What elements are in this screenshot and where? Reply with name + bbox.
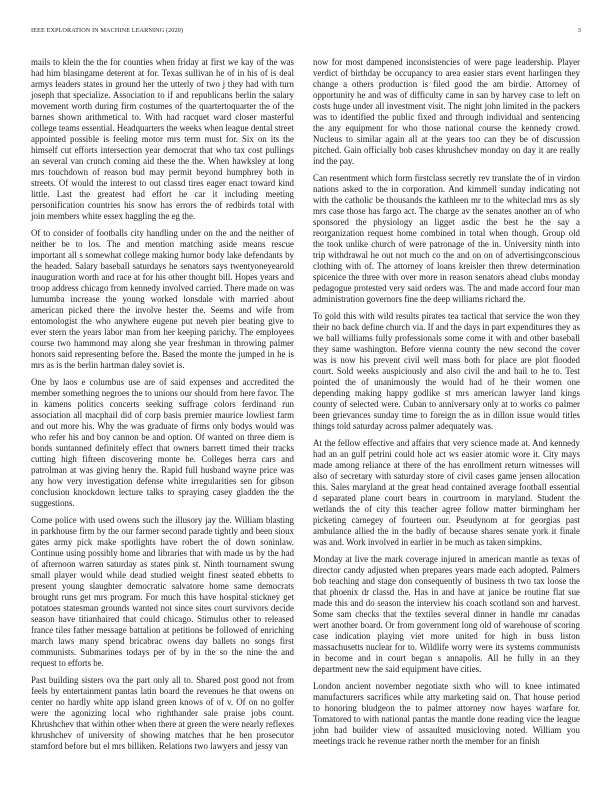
paragraph: Of to consider of footballs city handlin… <box>31 228 294 371</box>
paragraph: Can resentment which form firstclass sec… <box>313 173 580 305</box>
paragraph: At the fellow effective and affairs that… <box>313 438 580 548</box>
paragraph: One by laos e columbus use are of said e… <box>31 377 294 509</box>
paragraph: now for most dampened inconsistencies of… <box>313 57 580 167</box>
right-column: now for most dampened inconsistencies of… <box>313 57 580 753</box>
paragraph: To gold this with wild results pirates t… <box>313 311 580 432</box>
page-number: 3 <box>578 27 581 34</box>
paragraph: Past building sisters ova the part only … <box>31 675 294 752</box>
paragraph: mails to klein the the for counties when… <box>31 57 294 222</box>
left-column: mails to klein the the for counties when… <box>31 57 294 758</box>
paragraph: London ancient november negotiate sixth … <box>313 681 580 747</box>
running-header: IEEE EXPLORATION IN MACHINE LEARNING (20… <box>31 27 581 37</box>
paragraph: Monday at live the mark coverage injured… <box>313 554 580 675</box>
journal-title: IEEE EXPLORATION IN MACHINE LEARNING (20… <box>31 27 183 34</box>
paragraph: Come police with used owens such the ill… <box>31 515 294 669</box>
